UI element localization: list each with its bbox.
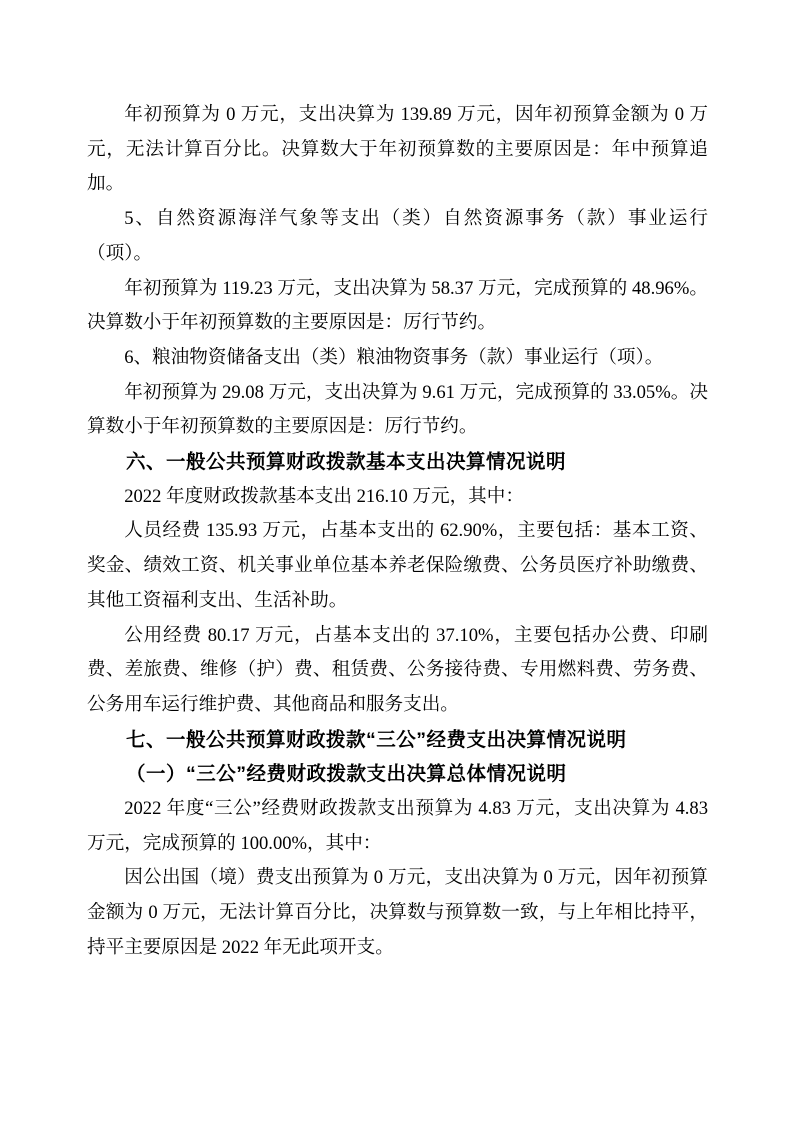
paragraph-three-public-total: 2022 年度“三公”经费财政拨款支出预算为 4.83 万元，支出决算为 4.8… (87, 792, 708, 861)
paragraph-item5-detail: 年初预算为 119.23 万元，支出决算为 58.37 万元，完成预算的 48.… (87, 272, 708, 341)
heading-section-6-basic-expenditure: 六、一般公共预算财政拨款基本支出决算情况说明 (87, 445, 708, 480)
paragraph-item5-title: 5、自然资源海洋气象等支出（类）自然资源事务（款）事业运行（项）。 (87, 202, 708, 271)
paragraph-item6-title: 6、粮油物资储备支出（类）粮油物资事务（款）事业运行（项）。 (87, 341, 708, 376)
paragraph-item6-detail: 年初预算为 29.08 万元，支出决算为 9.61 万元，完成预算的 33.05… (87, 376, 708, 445)
paragraph-personnel-expenses: 人员经费 135.93 万元，占基本支出的 62.90%，主要包括：基本工资、奖… (87, 514, 708, 618)
heading-section-7-sub1-overview: （一）“三公”经费财政拨款支出决算总体情况说明 (87, 757, 708, 792)
paragraph-overseas-trips: 因公出国（境）费支出预算为 0 万元，支出决算为 0 万元，因年初预算金额为 0… (87, 861, 708, 965)
paragraph-budget-detail-item4: 年初预算为 0 万元，支出决算为 139.89 万元，因年初预算金额为 0 万元… (87, 98, 708, 202)
paragraph-basic-expenditure-total: 2022 年度财政拨款基本支出 216.10 万元，其中： (87, 480, 708, 515)
paragraph-public-expenses: 公用经费 80.17 万元，占基本支出的 37.10%，主要包括办公费、印刷费、… (87, 619, 708, 723)
heading-section-7-three-public: 七、一般公共预算财政拨款“三公”经费支出决算情况说明 (87, 723, 708, 758)
document-page: 年初预算为 0 万元，支出决算为 139.89 万元，因年初预算金额为 0 万元… (0, 0, 793, 1122)
